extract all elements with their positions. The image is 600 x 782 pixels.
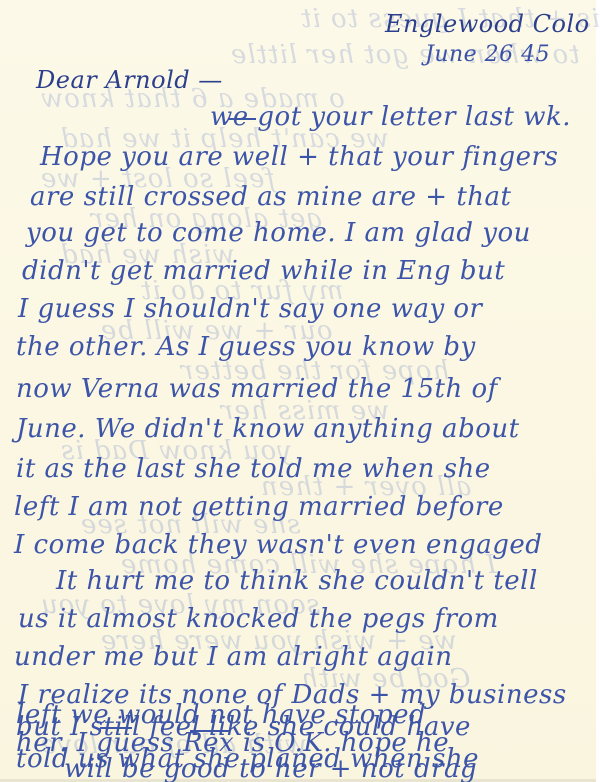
letter-place: Englewood Colo: [385, 10, 590, 38]
letter-line: I come back they wasn't even engaged: [14, 530, 542, 560]
letter-line: it as the last she told me when she: [16, 454, 491, 484]
letter-line: now Verna was married the 15th of: [16, 374, 498, 404]
letter-line: the other. As I guess you know by: [16, 332, 476, 362]
letter-line: left I am not getting married before: [14, 492, 504, 522]
letter-date: June 26 45: [425, 42, 550, 67]
letter-line: didn't get married while in Eng but: [22, 256, 505, 286]
underline-mark: [190, 730, 230, 732]
letter-line: left we would not have stoped: [16, 700, 426, 730]
letter-line: under me but I am alright again: [14, 642, 452, 672]
letter-line: Hope you are well + that your fingers: [40, 142, 558, 172]
letter-salutation: Dear Arnold —: [36, 66, 223, 94]
letter-line: will be good to her + not drag: [64, 754, 477, 782]
letter-line: June. We didn't know anything about: [16, 414, 520, 444]
letter-line: I guess I shouldn't say one way or: [18, 294, 482, 324]
letter-line: us it almost knocked the pegs from: [18, 604, 499, 634]
underline-mark: [100, 727, 132, 729]
letter-page: this + that I guess to it to when we got…: [0, 0, 600, 782]
underline-mark: [228, 118, 256, 120]
letter-line: we got your letter last wk.: [210, 102, 571, 132]
letter-line: you get to come home. I am glad you: [26, 218, 531, 248]
letter-line: are still crossed as mine are + that: [30, 182, 511, 212]
letter-line: It hurt me to think she couldn't tell: [56, 566, 538, 596]
